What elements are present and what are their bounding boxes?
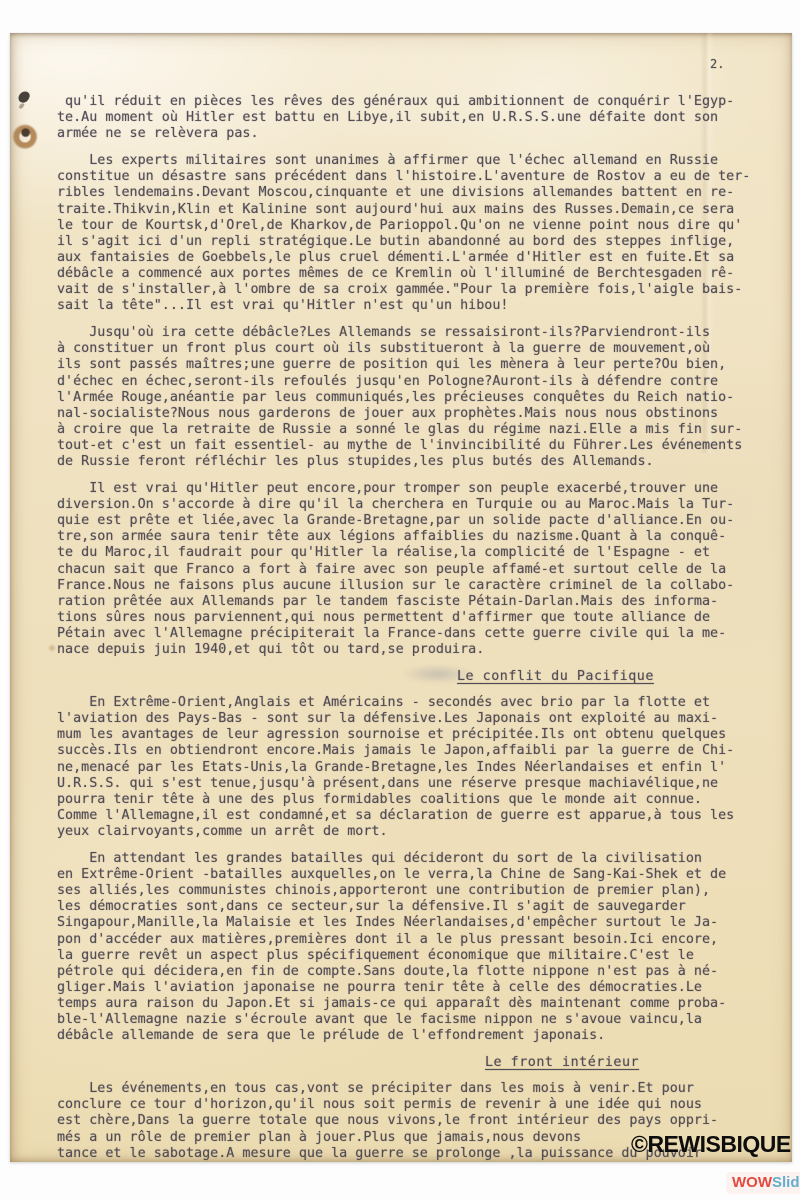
scanned-page: 2. qu'il réduit en pièces les rêves des … [10,33,792,1162]
wowslider-brand-secondary: Slider [772,1174,800,1191]
paragraph-grandes-batailles: En attendant les grandes batailles qui d… [57,851,793,1044]
paragraph-diversion-vichy: Il est vrai qu'Hitler peut encore,pour t… [57,481,793,658]
punch-hole [10,119,40,153]
paragraph-egypt-libya: qu'il réduit en pièces les rêves des gén… [57,94,793,142]
paragraph-debacle: Jusqu'où ira cette débâcle?Les Allemands… [57,325,793,470]
wowslider-brand-primary: WOW [732,1174,772,1191]
section-heading-conflit-pacifique: Le conflit du Pacifique [457,669,654,685]
ink-spot [17,89,31,104]
section-heading-front-interieur: Le front intérieur [485,1055,639,1071]
wowslider-watermark-link[interactable]: WOWSlider [726,1172,800,1194]
document-body: qu'il réduit en pièces les rêves des gén… [57,94,793,1173]
paragraph-extreme-orient: En Extrême-Orient,Anglais et Américains … [57,695,793,840]
paragraph-experts-russie: Les experts militaires sont unanimes à a… [57,153,793,314]
page-number: 2. [710,57,724,71]
scan-viewer-page: { "page": { "number": "2.", "watermark_t… [0,0,800,1200]
paper-stain [48,643,56,653]
copyright-watermark: ©REWISBIQUE [631,1131,791,1158]
